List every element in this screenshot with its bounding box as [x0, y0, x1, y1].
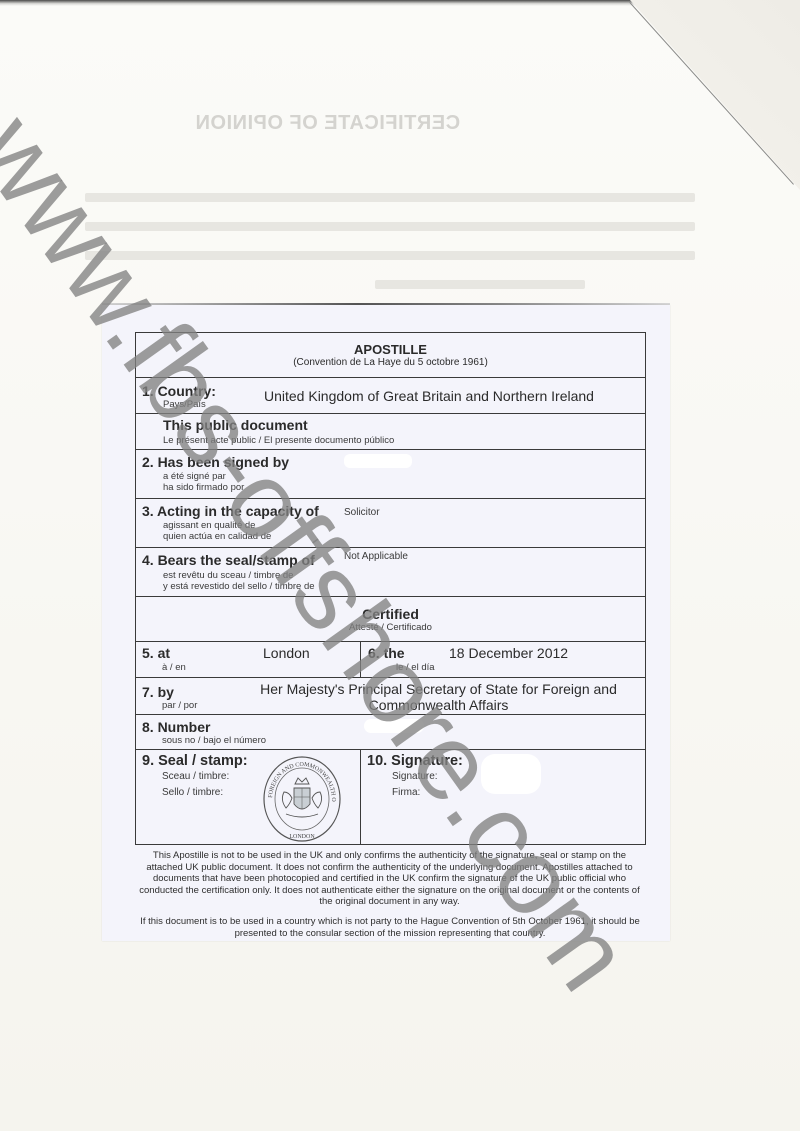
- place-label: 5. at: [142, 645, 170, 661]
- signature-label: 10. Signature:: [367, 753, 463, 769]
- capacity-row: 3. Acting in the capacity of agissant en…: [136, 499, 645, 548]
- country-label: 1. Country:: [142, 383, 216, 399]
- usage-notice: This Apostille is not to be used in the …: [137, 850, 642, 908]
- place-date-row: 5. at à / en London 6. the le / el día 1…: [136, 642, 645, 678]
- capacity-label: 3. Acting in the capacity of: [142, 503, 319, 519]
- certified-sublabel: Attesté / Certificado: [136, 622, 645, 633]
- seal-of-label: 4. Bears the seal/stamp of: [142, 552, 315, 568]
- number-redaction: [364, 719, 424, 733]
- place-sublabel: à / en: [162, 662, 186, 673]
- issued-by-sublabel: par / por: [162, 700, 197, 711]
- date-cell: 6. the le / el día 18 December 2012: [361, 642, 645, 677]
- seal-sublabel-es: Sello / timbre:: [162, 787, 223, 798]
- seal-cell: 9. Seal / stamp: Sceau / timbre: Sello /…: [136, 750, 361, 844]
- svg-text:LONDON: LONDON: [289, 834, 315, 840]
- certified-row: Certified Attesté / Certificado: [136, 597, 645, 642]
- ghost-show-through-text: [85, 193, 695, 309]
- seal-of-sublabel: est revêtu du sceau / timbre dey está re…: [163, 570, 315, 592]
- issued-by-value: Her Majesty's Principal Secretary of Sta…: [236, 681, 641, 713]
- country-row: 1. Country: Pays/País United Kingdom of …: [136, 378, 645, 414]
- apostille-subtitle: (Convention de La Haye du 5 octobre 1961…: [136, 357, 645, 368]
- ghost-show-through-title: CERTIFICATE OF OPINION: [195, 112, 460, 135]
- country-sublabel: Pays/País: [163, 399, 206, 410]
- signature-redaction: [481, 754, 541, 794]
- capacity-sublabel: agissant en qualité dequien actúa en cal…: [163, 520, 271, 542]
- public-document-label: This public document: [163, 417, 308, 433]
- signed-by-row: 2. Has been signed by a été signé parha …: [136, 450, 645, 499]
- number-row: 8. Number sous no / bajo el número: [136, 715, 645, 750]
- signature-sublabel-es: Firma:: [392, 787, 420, 798]
- seal-of-row: 4. Bears the seal/stamp of est revêtu du…: [136, 548, 645, 597]
- hague-notice: If this document is to be used in a coun…: [130, 916, 650, 939]
- fco-seal-icon: FOREIGN AND COMMONWEALTH OFFICE LONDON: [262, 754, 342, 842]
- signature-sublabel-fr: Signature:: [392, 771, 438, 782]
- place-cell: 5. at à / en London: [136, 642, 361, 677]
- date-label: 6. the: [368, 645, 405, 661]
- seal-sublabel-fr: Sceau / timbre:: [162, 771, 229, 782]
- certified-label: Certified: [136, 597, 645, 622]
- signed-by-label: 2. Has been signed by: [142, 454, 289, 470]
- date-sublabel: le / el día: [396, 662, 435, 673]
- signed-by-sublabel: a été signé parha sido firmado por: [163, 471, 244, 493]
- public-document-sublabel: Le présent acte public / El presente doc…: [163, 435, 394, 446]
- date-value: 18 December 2012: [449, 645, 568, 661]
- seal-signature-row: 9. Seal / stamp: Sceau / timbre: Sello /…: [136, 750, 645, 844]
- apostille-header: APOSTILLE (Convention de La Haye du 5 oc…: [136, 333, 645, 378]
- country-value: United Kingdom of Great Britain and Nort…: [264, 388, 594, 404]
- number-label: 8. Number: [142, 719, 210, 735]
- issued-by-row: 7. by par / por Her Majesty's Principal …: [136, 678, 645, 715]
- issued-by-label: 7. by: [142, 684, 174, 700]
- number-sublabel: sous no / bajo el número: [162, 735, 266, 746]
- public-document-row: This public document Le présent acte pub…: [136, 414, 645, 450]
- apostille-title: APOSTILLE: [136, 333, 645, 357]
- signed-by-redaction: [344, 454, 412, 468]
- place-value: London: [263, 645, 310, 661]
- signature-cell: 10. Signature: Signature: Firma:: [361, 750, 645, 844]
- apostille-form: APOSTILLE (Convention de La Haye du 5 oc…: [135, 332, 646, 845]
- seal-label: 9. Seal / stamp:: [142, 753, 248, 769]
- capacity-value: Solicitor: [344, 507, 380, 518]
- seal-of-value: Not Applicable: [344, 551, 408, 562]
